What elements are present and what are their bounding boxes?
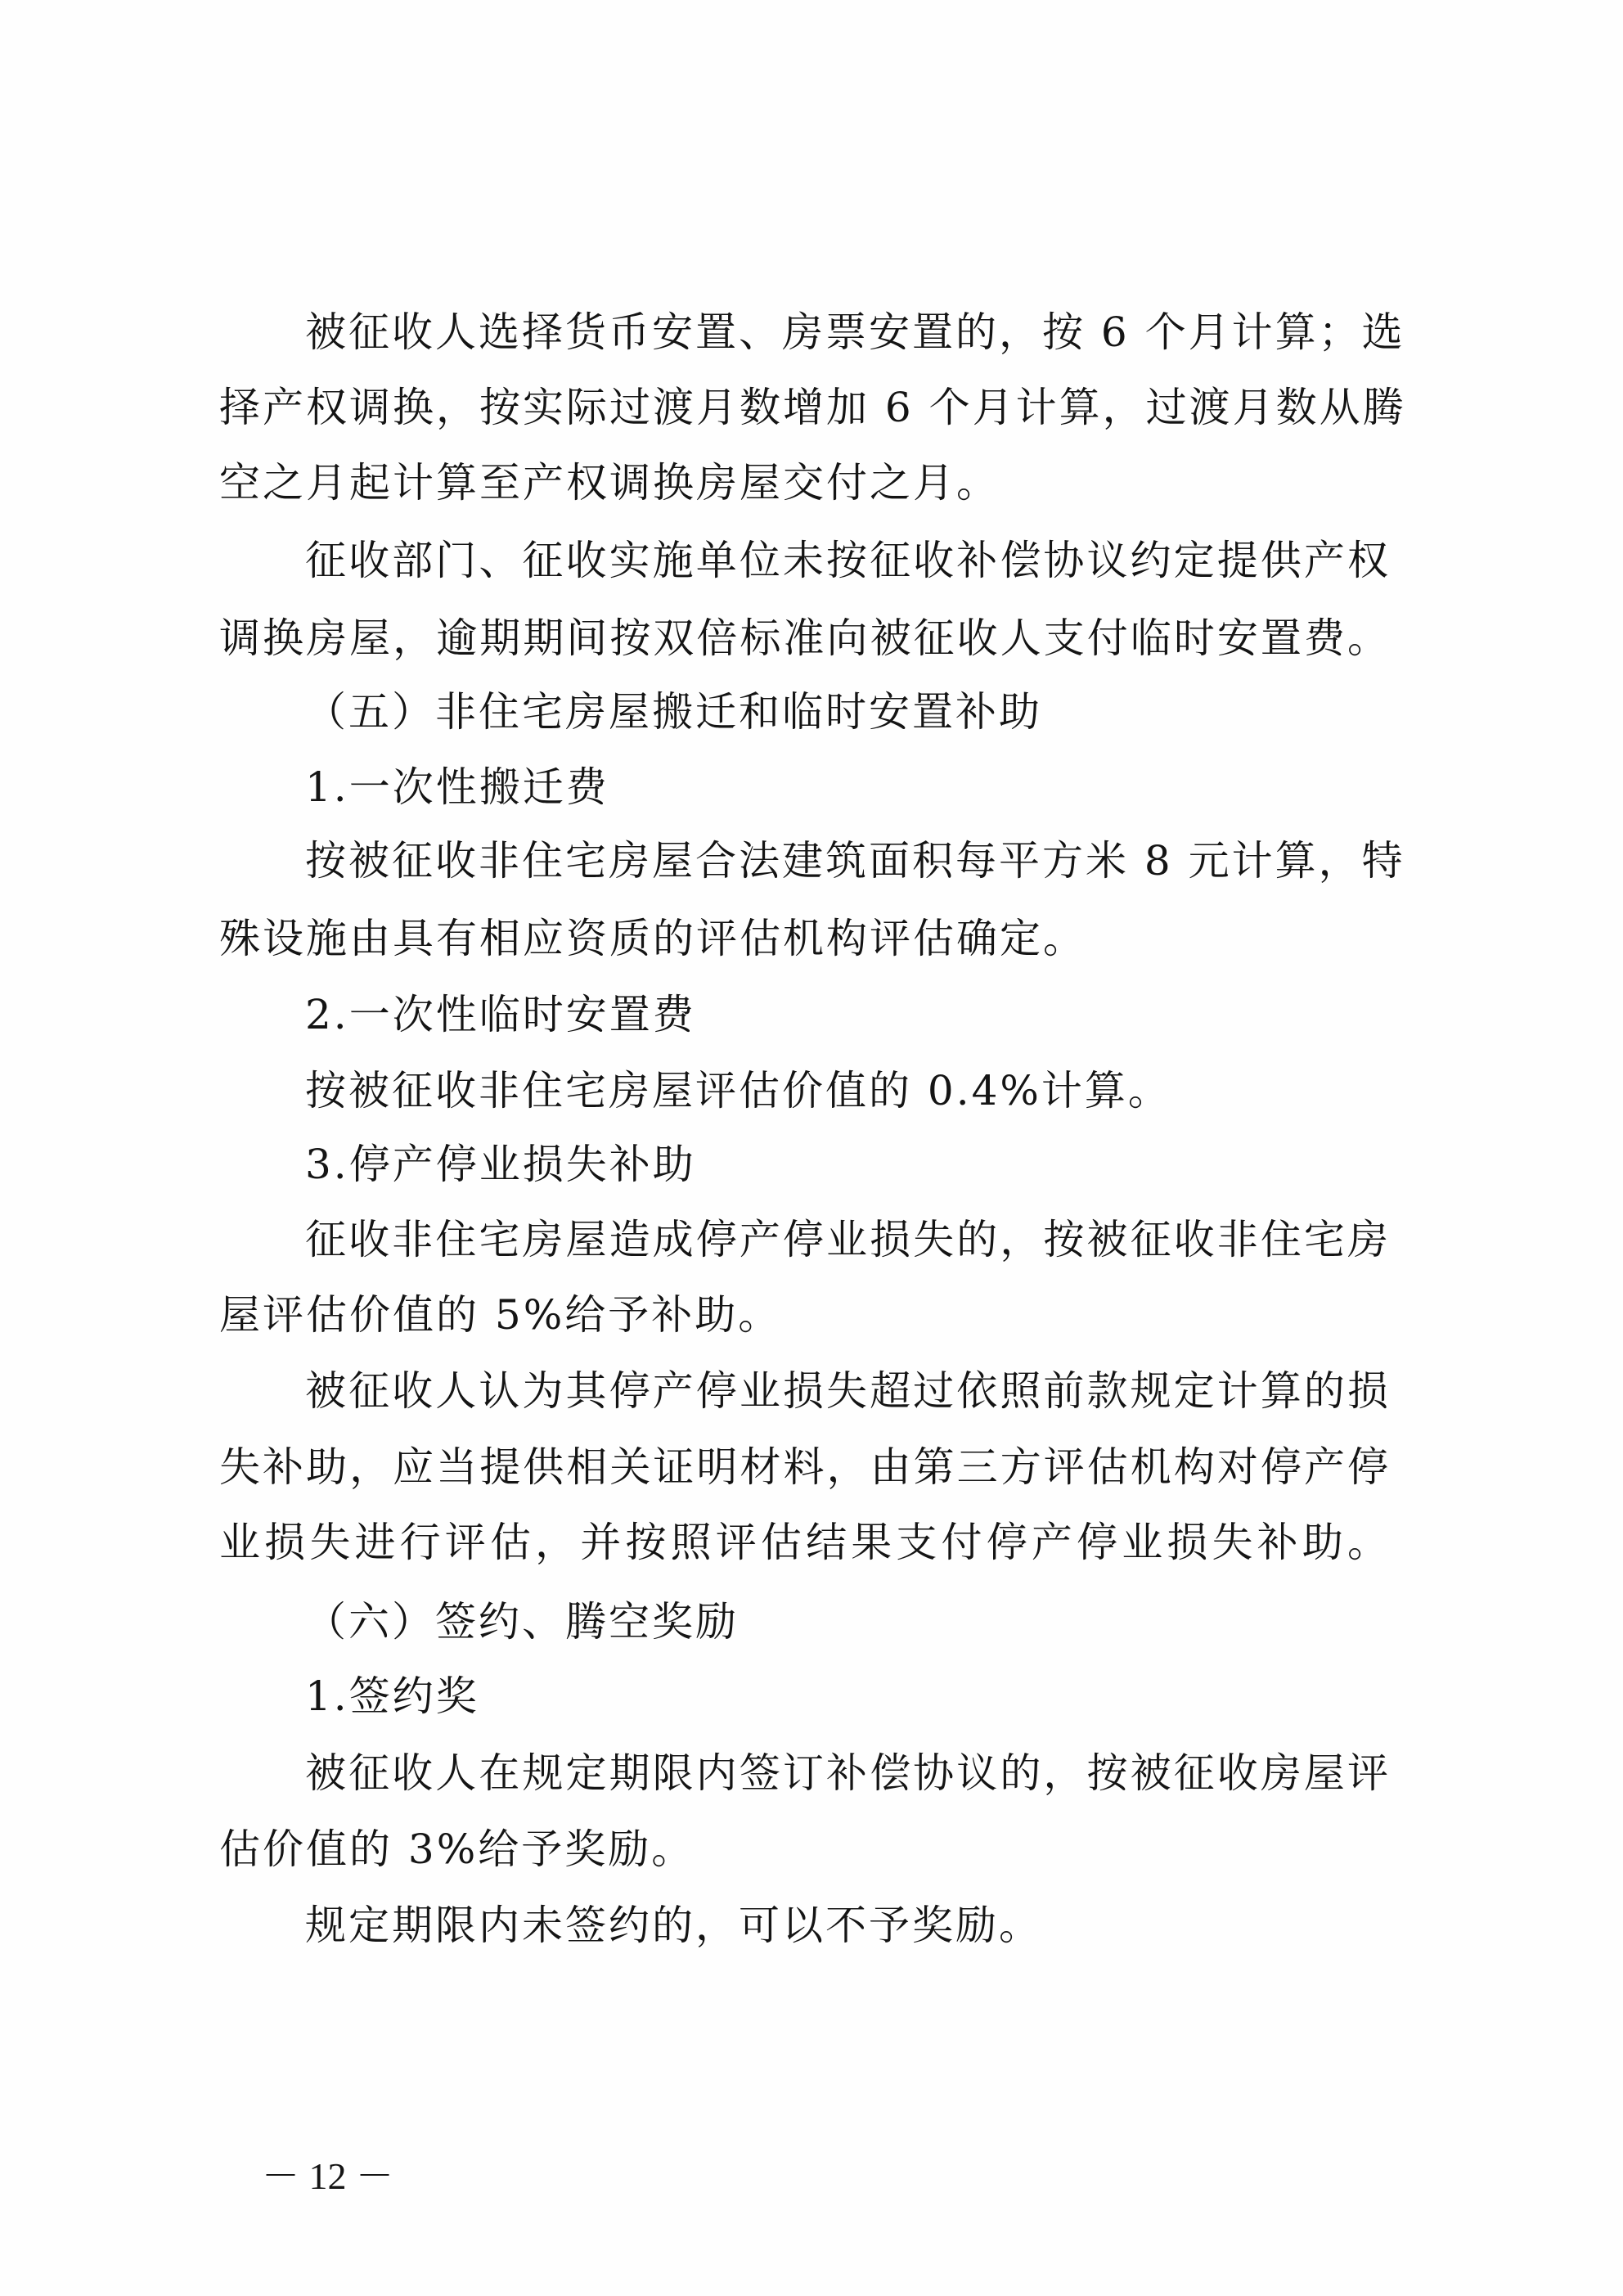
text-line-11: 按被征收非住宅房屋评估价值的 0.4%计算。 [219,1066,1391,1115]
subheading-temporary-fee: 2.一次性临时安置费 [219,990,1391,1039]
subheading-business-loss: 3.停产停业损失补助 [219,1140,1391,1189]
page-number: － 12 － [262,2152,393,2201]
text-line-8: 按被征收非住宅房屋合法建筑面积每平方米 8 元计算，特 [219,836,1391,885]
section-heading-6: （六）签约、腾空奖励 [219,1597,1391,1646]
text-line-14: 屋评估价值的 5%给予补助。 [219,1290,1391,1339]
text-line-21: 估价值的 3%给予奖励。 [219,1825,1391,1874]
text-line-3: 空之月起计算至产权调换房屋交付之月。 [219,458,1391,507]
text-line-5: 调换房屋，逾期期间按双倍标准向被征收人支付临时安置费。 [219,614,1391,663]
text-line-22: 规定期限内未签约的，可以不予奖励。 [219,1901,1391,1950]
text-line-1: 被征收人选择货币安置、房票安置的，按 6 个月计算；选 [219,308,1391,357]
text-line-9: 殊设施由具有相应资质的评估机构评估确定。 [219,914,1391,963]
text-line-16: 失补助，应当提供相关证明材料，由第三方评估机构对停产停 [219,1443,1391,1492]
text-line-2: 择产权调换，按实际过渡月数增加 6 个月计算，过渡月数从腾 [219,383,1391,432]
section-heading-5: （五）非住宅房屋搬迁和临时安置补助 [219,687,1391,736]
document-page: 被征收人选择货币安置、房票安置的，按 6 个月计算；选 择产权调换，按实际过渡月… [0,0,1623,2296]
text-line-17: 业损失进行评估，并按照评估结果支付停产停业损失补助。 [219,1518,1391,1567]
subheading-relocation-fee: 1.一次性搬迁费 [219,763,1391,812]
subheading-signing-award: 1.签约奖 [219,1672,1391,1721]
text-line-15: 被征收人认为其停产停业损失超过依照前款规定计算的损 [219,1366,1391,1416]
text-line-4: 征收部门、征收实施单位未按征收补偿协议约定提供产权 [219,536,1391,585]
text-line-13: 征收非住宅房屋造成停产停业损失的，按被征收非住宅房 [219,1215,1391,1264]
text-line-20: 被征收人在规定期限内签订补偿协议的，按被征收房屋评 [219,1749,1391,1798]
